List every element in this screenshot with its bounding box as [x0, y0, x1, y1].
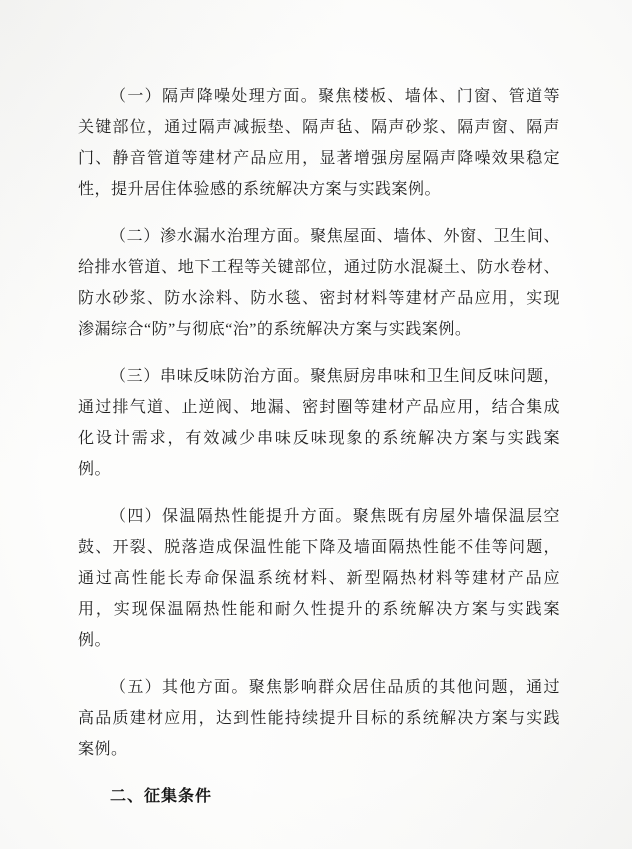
text-line: 案例。: [78, 734, 560, 765]
text-line: 化设计需求，有效减少串味反味现象的系统解决方案与实践案: [78, 423, 560, 454]
text-line: 通过高性能长寿命保温系统材料、新型隔热材料等建材产品应: [78, 563, 560, 594]
text-line: （二）渗水漏水治理方面。聚焦屋面、墙体、外窗、卫生间、: [78, 221, 560, 252]
text-line: （五）其他方面。聚焦影响群众居住品质的其他问题，通过: [78, 672, 560, 703]
text-line: 例。: [78, 625, 560, 656]
text-line: （四）保温隔热性能提升方面。聚焦既有房屋外墙保温层空: [78, 501, 560, 532]
text-line: 给排水管道、地下工程等关键部位，通过防水混凝土、防水卷材、: [78, 252, 560, 283]
text-line: 鼓、开裂、脱落造成保温性能下降及墙面隔热性能不佳等问题，: [78, 532, 560, 563]
text-line: 高品质建材应用，达到性能持续提升目标的系统解决方案与实践: [78, 703, 560, 734]
text-line: 通过排气道、止逆阀、地漏、密封圈等建材产品应用，结合集成: [78, 392, 560, 423]
text-line: （三）串味反味防治方面。聚焦厨房串味和卫生间反味问题，: [78, 361, 560, 392]
text-line: 用，实现保温隔热性能和耐久性提升的系统解决方案与实践案: [78, 594, 560, 625]
text-line: 渗漏综合“防”与彻底“治”的系统解决方案与实践案例。: [78, 314, 560, 345]
text-line: 例。: [78, 454, 560, 485]
text-line: （一）隔声降噪处理方面。聚焦楼板、墙体、门窗、管道等: [78, 81, 560, 112]
section-heading: 二、征集条件: [78, 781, 560, 812]
text-line: 门、静音管道等建材产品应用，显著增强房屋隔声降噪效果稳定: [78, 143, 560, 174]
document-page: （一）隔声降噪处理方面。聚焦楼板、墙体、门窗、管道等 关键部位，通过隔声减振垫、…: [78, 81, 560, 812]
text-line: 防水砂浆、防水涂料、防水毯、密封材料等建材产品应用，实现: [78, 283, 560, 314]
text-line: 关键部位，通过隔声减振垫、隔声毡、隔声砂浆、隔声窗、隔声: [78, 112, 560, 143]
text-line: 性，提升居住体验感的系统解决方案与实践案例。: [78, 174, 560, 205]
